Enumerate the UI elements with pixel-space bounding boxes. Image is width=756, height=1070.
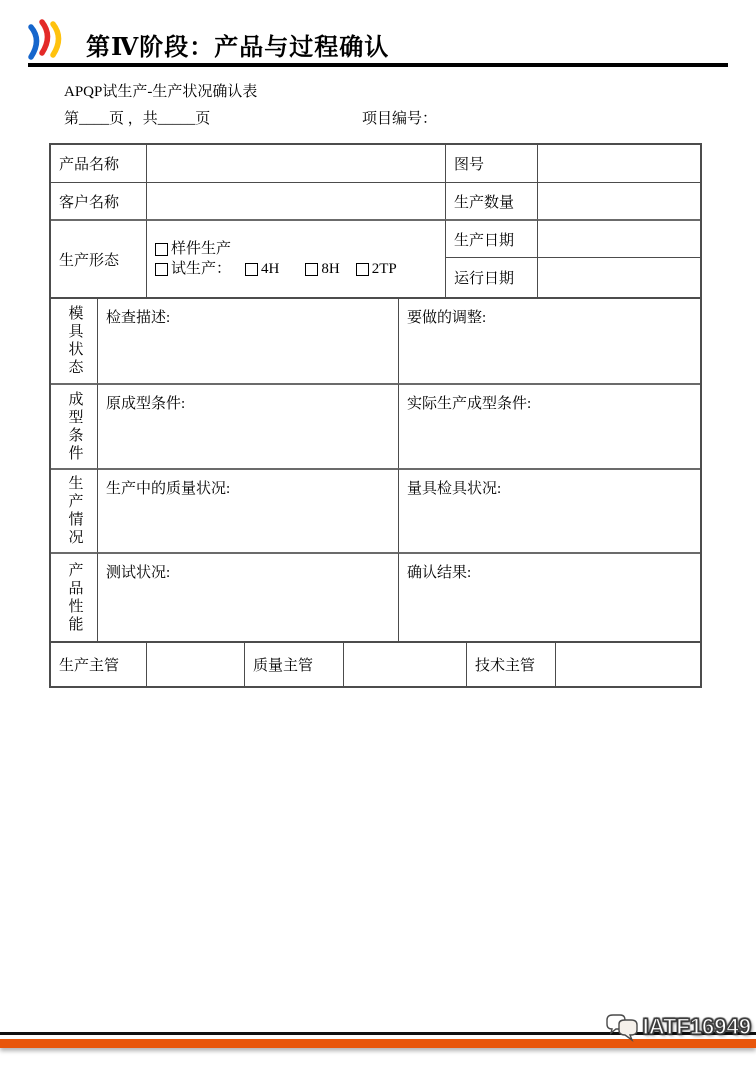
production-mode-options: 样件生产 试生产： 4H 8H 2TP [146,219,445,297]
checkbox-icon[interactable] [305,263,318,276]
customer-name-value[interactable] [146,182,445,219]
checkbox-icon[interactable] [245,263,258,276]
production-date-value[interactable] [537,219,700,257]
brand-logo-icon [27,11,65,67]
title-underline [28,63,728,67]
technical-supervisor-label: 技术主管 [466,643,555,686]
production-qty-label: 生产数量 [445,182,537,219]
trial-production-option: 试生产： 4H 8H 2TP [155,262,397,277]
trial-option-2tp: 2TP [372,262,397,277]
run-date-value[interactable] [537,257,700,297]
production-supervisor-signature[interactable] [146,643,244,686]
watermark: IATF16949 [604,1012,751,1042]
slide-page: 第Ⅳ阶段：产品与过程确认 APQP试生产-生产状况确认表 第____页 ，共__… [0,0,756,1070]
category-sections: 模具状态 检查描述: 要做的调整: 成型条件 原成型条件: 实际生产成型条件: … [51,297,700,641]
technical-supervisor-signature[interactable] [555,643,700,686]
quality-status-cell[interactable]: 生产中的质量状况: [97,468,398,552]
adjustments-needed-cell[interactable]: 要做的调整: [398,299,700,383]
checkbox-icon[interactable] [356,263,369,276]
product-name-label: 产品名称 [51,145,146,182]
actual-molding-conditions-cell[interactable]: 实际生产成型条件: [398,383,700,468]
sample-production-option[interactable]: 样件生产 [155,242,231,257]
production-qty-value[interactable] [537,182,700,219]
apqp-form-table: 产品名称 图号 客户名称 生产数量 生产形态 样件生产 试生产： 4H 8H 2… [49,143,702,688]
quality-supervisor-signature[interactable] [343,643,466,686]
original-molding-conditions-cell[interactable]: 原成型条件: [97,383,398,468]
project-number-label: 项目编号： [362,107,437,128]
test-status-cell[interactable]: 测试状况: [97,552,398,641]
trial-option-8h: 8H [321,262,339,277]
checkbox-icon[interactable] [155,243,168,256]
page-number-line: 第____页 ，共_____页 [64,107,210,128]
production-date-label: 生产日期 [445,219,537,257]
production-supervisor-label: 生产主管 [51,643,146,686]
customer-name-label: 客户名称 [51,182,146,219]
chat-bubbles-icon [604,1012,640,1042]
info-section: 产品名称 图号 客户名称 生产数量 生产形态 样件生产 试生产： 4H 8H 2… [51,145,700,297]
watermark-text: IATF16949 [643,1014,751,1040]
checkbox-icon[interactable] [155,263,168,276]
quality-supervisor-label: 质量主管 [244,643,343,686]
page-title: 第Ⅳ阶段：产品与过程确认 [86,27,389,62]
drawing-no-value[interactable] [537,145,700,182]
confirmation-result-cell[interactable]: 确认结果: [398,552,700,641]
sample-production-label: 样件生产 [171,242,231,257]
category-product-performance: 产品性能 [51,552,97,641]
signature-row: 生产主管 质量主管 技术主管 [51,641,700,686]
form-title: APQP试生产-生产状况确认表 [64,80,257,101]
category-production-status: 生产情况 [51,468,97,552]
inspection-description-cell[interactable]: 检查描述: [97,299,398,383]
category-mold-status: 模具状态 [51,299,97,383]
gauge-status-cell[interactable]: 量具检具状况: [398,468,700,552]
drawing-no-label: 图号 [445,145,537,182]
category-molding-conditions: 成型条件 [51,383,97,468]
run-date-label: 运行日期 [445,257,537,297]
production-mode-label: 生产形态 [51,219,146,297]
trial-production-label: 试生产： [171,262,231,277]
product-name-value[interactable] [146,145,445,182]
trial-option-4h: 4H [261,262,279,277]
